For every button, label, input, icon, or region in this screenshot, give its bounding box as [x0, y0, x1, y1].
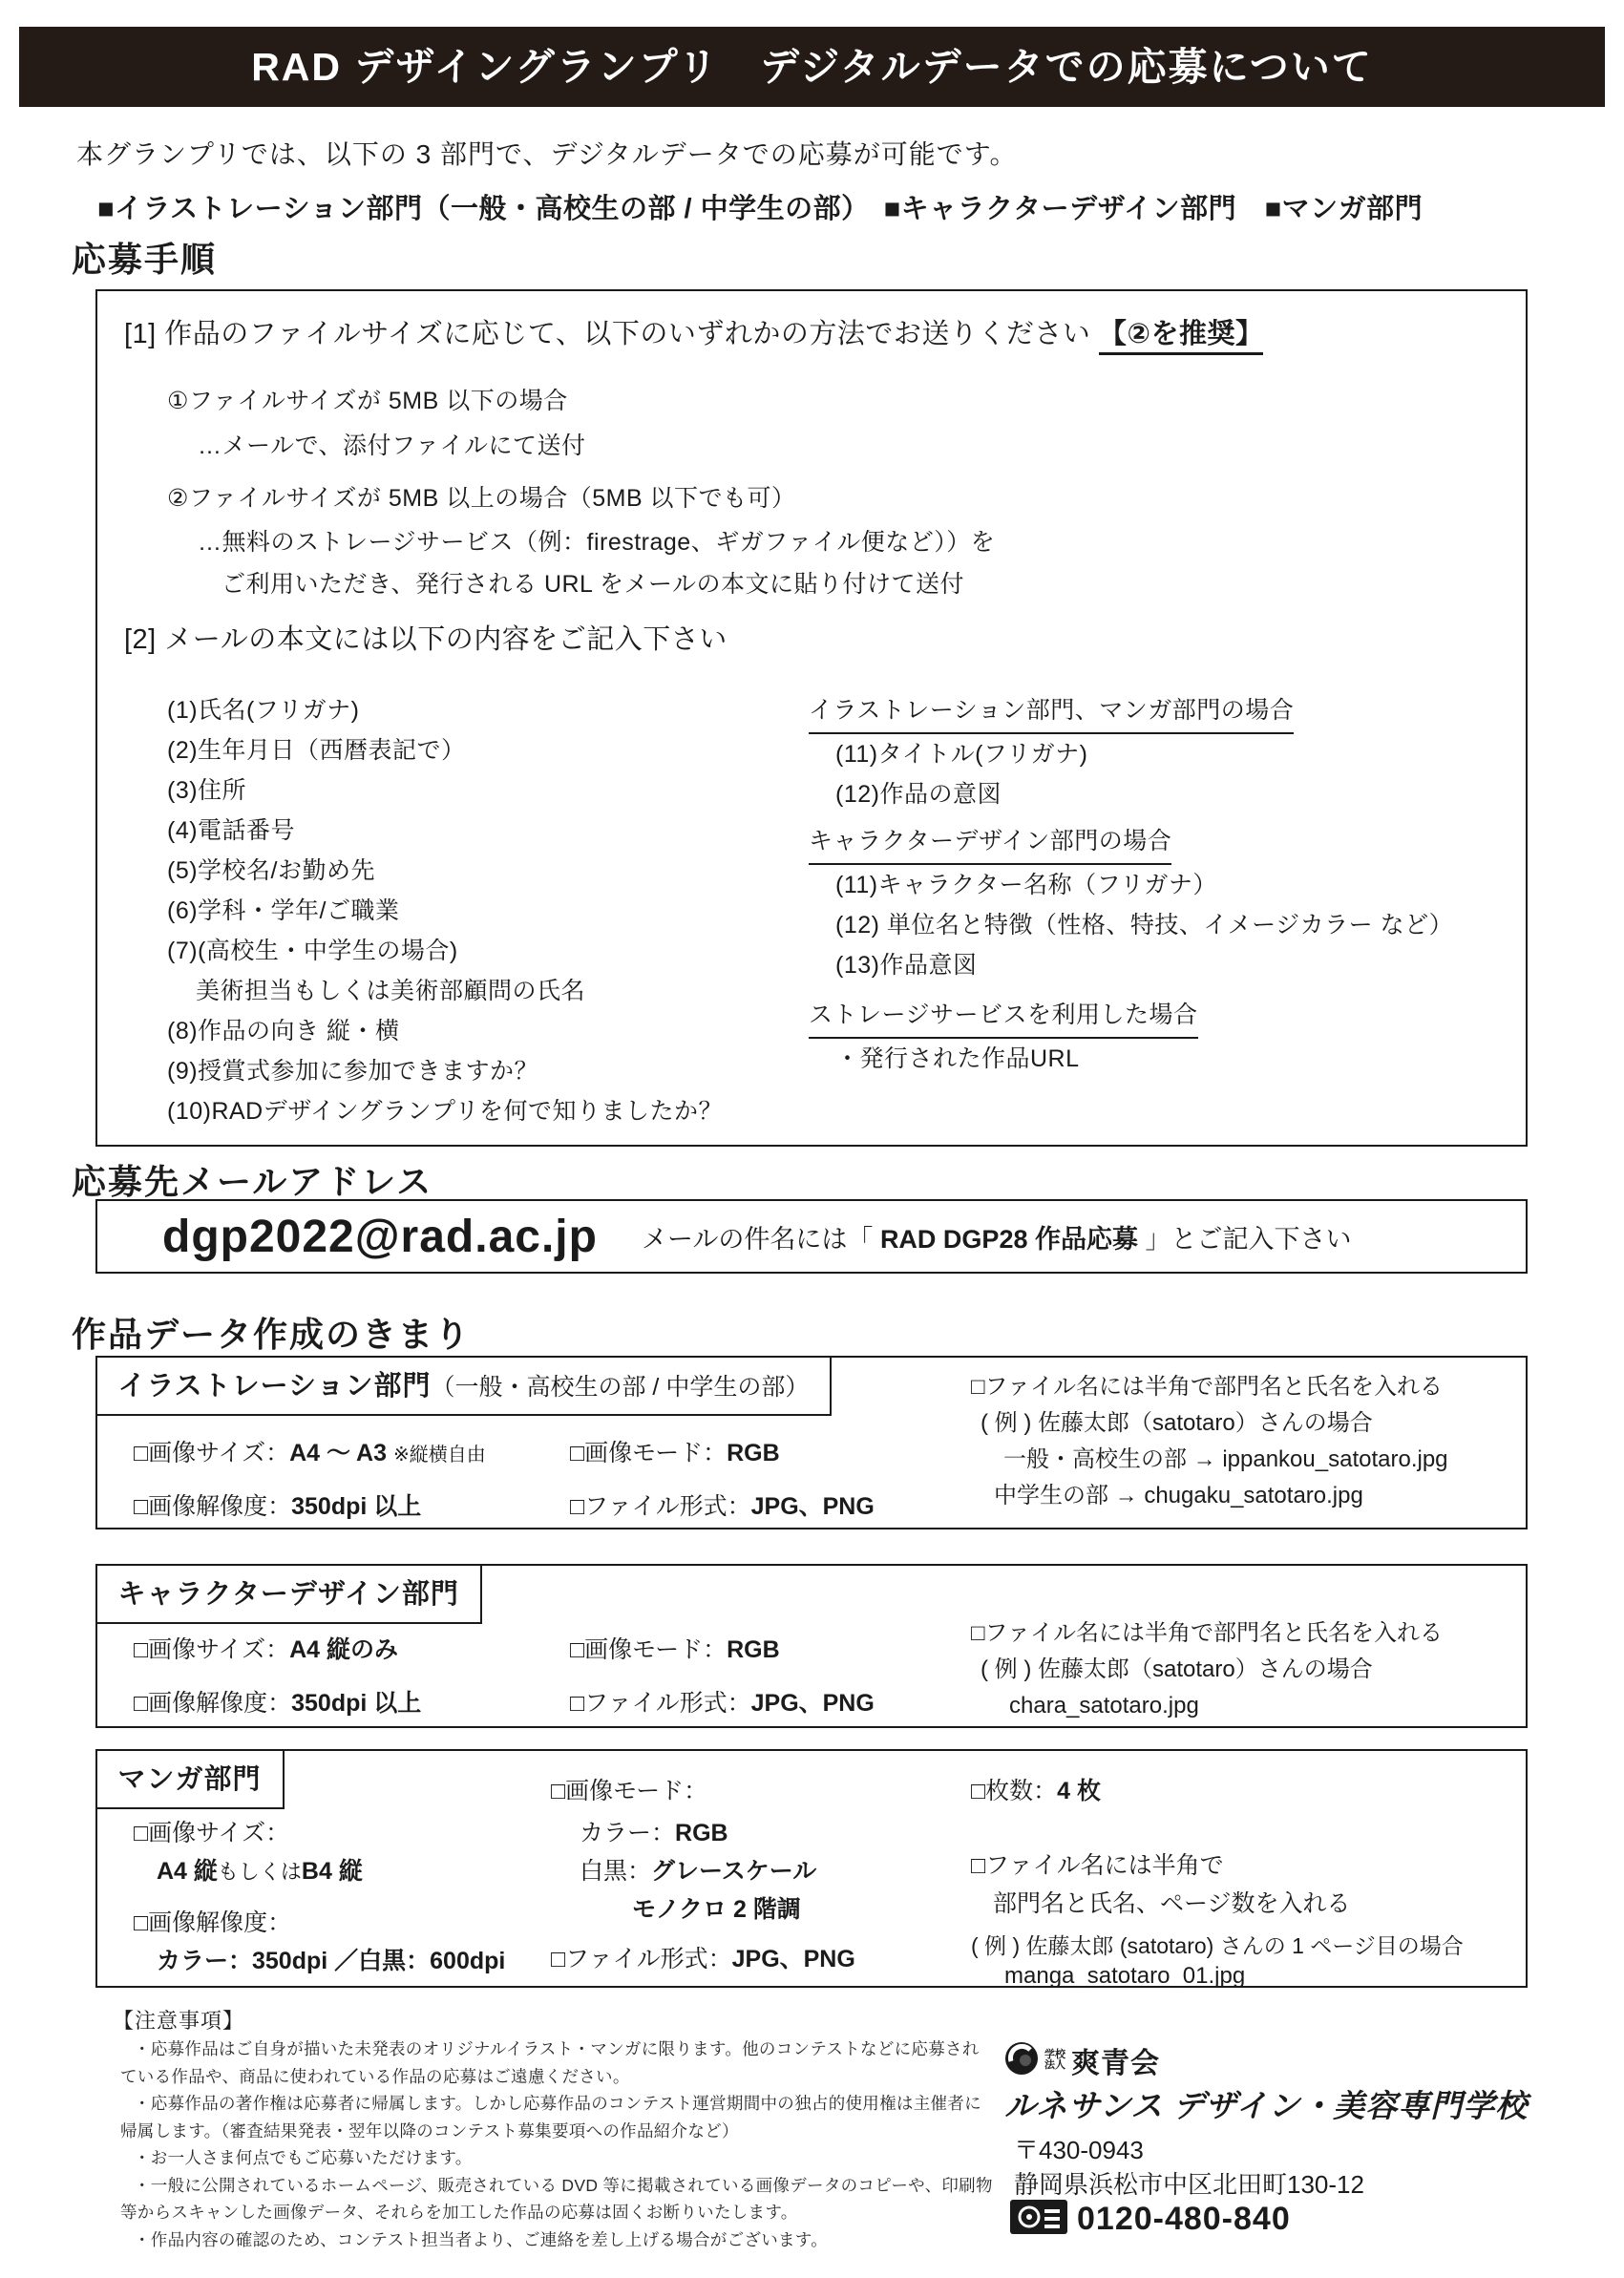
mode-color-label: カラー： — [580, 1820, 675, 1846]
file-format-row: □ファイル形式：JPG、PNG — [551, 1940, 855, 1974]
email-subject: RAD DGP28 作品応募 — [880, 1225, 1138, 1254]
image-dpi-row: □画像解像度：350dpi 以上 — [134, 1684, 421, 1719]
rules-heading: 作品データ作成のきまり — [72, 1308, 471, 1357]
mode-bw-label: 白黒： — [580, 1858, 651, 1885]
step1-option2-title: ②ファイルサイズが 5MB 以上の場合（5MB 以下でも可） — [167, 479, 796, 514]
image-dpi-value: カラー：350dpi ／白黒：600dpi — [157, 1942, 505, 1976]
file-format-row: □ファイル形式：JPG、PNG — [570, 1487, 875, 1522]
group-heading: ストレージサービスを利用した場合 — [809, 995, 1198, 1039]
image-mode-label: □画像モード： — [570, 1440, 727, 1466]
procedure-heading: 応募手順 — [72, 233, 217, 282]
mode-color-row: カラー：RGB — [580, 1814, 728, 1848]
step1-option1-title: ①ファイルサイズが 5MB 以下の場合 — [167, 382, 568, 416]
size-or: もしくは — [218, 1860, 302, 1884]
step2-right-list: イラストレーション部門、マンガ部門の場合 (11)タイトル(フリガナ) (12)… — [809, 690, 1453, 1079]
image-size-value: A4 縦のみ — [289, 1636, 398, 1663]
file-naming-block: □ファイル名には半角で部門名と氏名を入れる ( 例 ) 佐藤太郎（satotar… — [971, 1615, 1443, 1724]
list-item: (3)住所 — [167, 770, 723, 811]
image-mode-row: □画像モード：RGB — [570, 1631, 780, 1665]
file-naming-example: 中学生の部 → chugaku_satotaro.jpg — [971, 1478, 1448, 1514]
file-format-label: □ファイル形式： — [551, 1946, 732, 1972]
file-format-label: □ファイル形式： — [570, 1690, 751, 1717]
page-count-row: □枚数：4 枚 — [971, 1772, 1101, 1806]
illustration-tab-title: イラストレーション部門 — [118, 1371, 432, 1402]
step1-line: [1] 作品のファイルサイズに応じて、以下のいずれかの方法でお送りください 【②… — [124, 312, 1263, 351]
illustration-rule-box: イラストレーション部門（一般・高校生の部 / 中学生の部） □画像サイズ：A4 … — [95, 1356, 1528, 1529]
file-naming-rule: □ファイル名には半角で部門名と氏名を入れる — [971, 1369, 1448, 1405]
list-item: (5)学校名/お勤め先 — [167, 851, 723, 891]
character-tab-title: キャラクターデザイン部門 — [118, 1579, 459, 1610]
file-naming-example: ( 例 ) 佐藤太郎 (satotaro) さんの 1 ページ目の場合 — [971, 1929, 1464, 1960]
mode-bw-row: 白黒：グレースケール — [580, 1852, 816, 1887]
org-name: 爽青会 — [1071, 2039, 1160, 2081]
list-item: (13)作品意図 — [809, 945, 1453, 985]
image-mode-value: RGB — [727, 1440, 780, 1466]
note-line: ・作品内容の確認のため、コンテスト担当者より、ご連絡を差し上げる場合がございます… — [134, 2226, 993, 2254]
email-note: メールの件名には「 RAD DGP28 作品応募 」とご記入下さい — [642, 1218, 1352, 1255]
image-dpi-label: □画像解像度： — [134, 1690, 291, 1717]
list-item: (1)氏名(フリガナ) — [167, 690, 723, 730]
list-item: (12)作品の意図 — [809, 774, 1453, 814]
image-size-row: □画像サイズ：A4 ～ A3 ※縦横自由 — [134, 1434, 486, 1468]
note-line: 帰属します。（審査結果発表・翌年以降のコンテスト募集要項への作品紹介など） — [120, 2118, 993, 2145]
illustration-tab: イラストレーション部門（一般・高校生の部 / 中学生の部） — [95, 1356, 833, 1416]
size-b4: B4 縦 — [302, 1858, 363, 1885]
image-size-value: A4 ～ A3 — [289, 1440, 387, 1466]
image-mode-label: □画像モード： — [551, 1772, 707, 1806]
image-dpi-label: □画像解像度： — [134, 1493, 291, 1520]
category-line: ■イラストレーション部門（一般・高校生の部 / 中学生の部） ■キャラクターデザ… — [97, 187, 1423, 226]
list-item: (10)RADデザイングランプリを何で知りましたか？ — [167, 1091, 723, 1131]
file-format-value: JPG、PNG — [751, 1493, 875, 1520]
list-item: ・発行された作品URL — [809, 1039, 1453, 1079]
image-dpi-value: 350dpi 以上 — [291, 1690, 421, 1717]
note-line: ・一般に公開されているホームページ、販売されている DVD 等に掲載されている画… — [134, 2172, 993, 2200]
postal-code: 〒430-0943 — [1014, 2131, 1144, 2166]
org-logo-row: 学校 法人 爽青会 — [1004, 2039, 1160, 2081]
image-mode-value: RGB — [727, 1636, 780, 1663]
file-naming-example: manga_satotaro_01.jpg — [1004, 1963, 1245, 1990]
character-rule-box: キャラクターデザイン部門 □画像サイズ：A4 縦のみ □画像解像度：350dpi… — [95, 1564, 1528, 1728]
document-page: RAD デザイングランプリ デジタルデータでの応募について 本グランプリでは、以… — [0, 0, 1624, 2278]
image-dpi-label: □画像解像度： — [134, 1904, 291, 1938]
mode-bw-value: グレースケール — [651, 1858, 816, 1885]
list-item: (11)タイトル(フリガナ) — [809, 734, 1453, 774]
image-size-value: A4 縦もしくはB4 縦 — [157, 1852, 363, 1887]
step1-recommend: 【②を推奨】 — [1099, 319, 1264, 355]
step1-option2-desc1: …無料のストレージサービス（例：firestrage、ギガファイル便など））を — [198, 523, 995, 558]
list-item: (4)電話番号 — [167, 811, 723, 851]
page-count-label: □枚数： — [971, 1778, 1057, 1804]
file-format-label: □ファイル形式： — [570, 1493, 751, 1520]
step2-label: [2] メールの本文には以下の内容をご記入下さい — [124, 618, 728, 657]
email-note-prefix: メールの件名には「 — [642, 1225, 880, 1254]
group-heading: キャラクターデザイン部門の場合 — [809, 821, 1171, 865]
page-title: RAD デザイングランプリ デジタルデータでの応募について — [19, 27, 1605, 107]
image-size-note: ※縦横自由 — [393, 1445, 486, 1466]
page-count-value: 4 枚 — [1057, 1778, 1101, 1804]
phone-row: 0120-480-840 — [1010, 2200, 1291, 2239]
list-item: (12) 単位名と特徴（性格、特技、イメージカラー など） — [809, 905, 1453, 945]
email-heading: 応募先メールアドレス — [72, 1155, 432, 1204]
manga-tab: マンガ部門 — [95, 1749, 285, 1809]
manga-rule-box: マンガ部門 □画像サイズ： A4 縦もしくはB4 縦 □画像解像度： カラー：3… — [95, 1749, 1528, 1988]
file-naming-example: 一般・高校生の部 → ippankou_satotaro.jpg — [971, 1442, 1448, 1478]
file-naming-example: ( 例 ) 佐藤太郎（satotaro）さんの場合 — [971, 1405, 1448, 1442]
illustration-tab-sub: （一般・高校生の部 / 中学生の部） — [431, 1374, 809, 1401]
list-item: (8)作品の向き 縦・横 — [167, 1011, 723, 1051]
procedure-box: [1] 作品のファイルサイズに応じて、以下のいずれかの方法でお送りください 【②… — [95, 289, 1528, 1147]
org-type-bottom: 法人 — [1044, 2060, 1065, 2071]
header-banner: RAD デザイングランプリ デジタルデータでの応募について — [19, 27, 1605, 107]
image-size-label: □画像サイズ： — [134, 1440, 289, 1466]
freedial-icon — [1010, 2200, 1067, 2239]
manga-tab-title: マンガ部門 — [118, 1764, 262, 1795]
phone-number: 0120-480-840 — [1077, 2201, 1291, 2238]
file-naming-rule: 部門名と氏名、ページ数を入れる — [993, 1885, 1351, 1919]
file-format-value: JPG、PNG — [751, 1690, 875, 1717]
list-item: (11)キャラクター名称（フリガナ） — [809, 865, 1453, 905]
image-mode-row: □画像モード：RGB — [570, 1434, 780, 1468]
size-a4: A4 縦 — [157, 1858, 218, 1885]
step1-option1-desc: …メールで、添付ファイルにて送付 — [198, 427, 586, 461]
image-dpi-row: □画像解像度：350dpi 以上 — [134, 1487, 421, 1522]
list-item: (7)(高校生・中学生の場合) — [167, 931, 723, 971]
note-line: 等からスキャンした画像データ、それらを加工した作品の応募は固くお断りいたします。 — [120, 2199, 993, 2226]
soseikai-logo-icon — [1004, 2041, 1039, 2080]
intro-text: 本グランプリでは、以下の 3 部門で、デジタルデータでの応募が可能です。 — [76, 134, 1018, 172]
character-tab: キャラクターデザイン部門 — [95, 1564, 482, 1624]
notes-list: ・応募作品はご自身が描いた未発表のオリジナルイラスト・マンガに限ります。他のコン… — [134, 2035, 993, 2253]
file-format-row: □ファイル形式：JPG、PNG — [570, 1684, 875, 1719]
note-line: ・応募作品はご自身が描いた未発表のオリジナルイラスト・マンガに限ります。他のコン… — [134, 2035, 993, 2063]
list-item: (9)授賞式参加に参加できますか？ — [167, 1051, 723, 1091]
file-naming-rule: □ファイル名には半角で — [971, 1846, 1224, 1881]
file-naming-example: ( 例 ) 佐藤太郎（satotaro）さんの場合 — [971, 1652, 1443, 1688]
step1-label: [1] 作品のファイルサイズに応じて、以下のいずれかの方法でお送りください — [124, 319, 1099, 349]
list-item: 美術担当もしくは美術部顧問の氏名 — [167, 971, 723, 1011]
file-naming-block: □ファイル名には半角で部門名と氏名を入れる ( 例 ) 佐藤太郎（satotar… — [971, 1369, 1448, 1514]
file-format-value: JPG、PNG — [732, 1946, 855, 1972]
step2-left-list: (1)氏名(フリガナ) (2)生年月日（西暦表記で） (3)住所 (4)電話番号… — [167, 690, 723, 1131]
mode-color-value: RGB — [675, 1820, 728, 1846]
street-address: 静岡県浜松市中区北田町130-12 — [1014, 2165, 1364, 2201]
image-mode-label: □画像モード： — [570, 1636, 727, 1663]
note-line: ている作品や、商品に使われている作品の応募はご遠慮ください。 — [120, 2063, 993, 2091]
notes-heading: 【注意事項】 — [113, 2005, 244, 2035]
image-size-label: □画像サイズ： — [134, 1636, 289, 1663]
school-name: ルネサンス デザイン・美容専門学校 — [1004, 2081, 1528, 2126]
note-line: ・お一人さま何点でもご応募いただけます。 — [134, 2144, 993, 2172]
email-box: dgp2022@rad.ac.jp メールの件名には「 RAD DGP28 作品… — [95, 1199, 1528, 1274]
step1-option2-desc2: ご利用いただき、発行される URL をメールの本文に貼り付けて送付 — [221, 565, 964, 600]
image-size-row: □画像サイズ：A4 縦のみ — [134, 1631, 398, 1665]
file-naming-example: chara_satotaro.jpg — [971, 1688, 1443, 1724]
group-heading: イラストレーション部門、マンガ部門の場合 — [809, 690, 1294, 734]
list-item: (2)生年月日（西暦表記で） — [167, 730, 723, 770]
image-dpi-value: 350dpi 以上 — [291, 1493, 421, 1520]
note-line: ・応募作品の著作権は応募者に帰属します。しかし応募作品のコンテスト運営期間中の独… — [134, 2090, 993, 2118]
email-note-suffix: 」とご記入下さい — [1138, 1225, 1352, 1254]
image-size-label: □画像サイズ： — [134, 1814, 289, 1848]
org-type-label: 学校 法人 — [1044, 2050, 1065, 2071]
list-item: (6)学科・学年/ご職業 — [167, 891, 723, 931]
email-address: dgp2022@rad.ac.jp — [162, 1211, 598, 1263]
file-naming-rule: □ファイル名には半角で部門名と氏名を入れる — [971, 1615, 1443, 1652]
mode-bw-value2: モノクロ 2 階調 — [632, 1890, 801, 1925]
